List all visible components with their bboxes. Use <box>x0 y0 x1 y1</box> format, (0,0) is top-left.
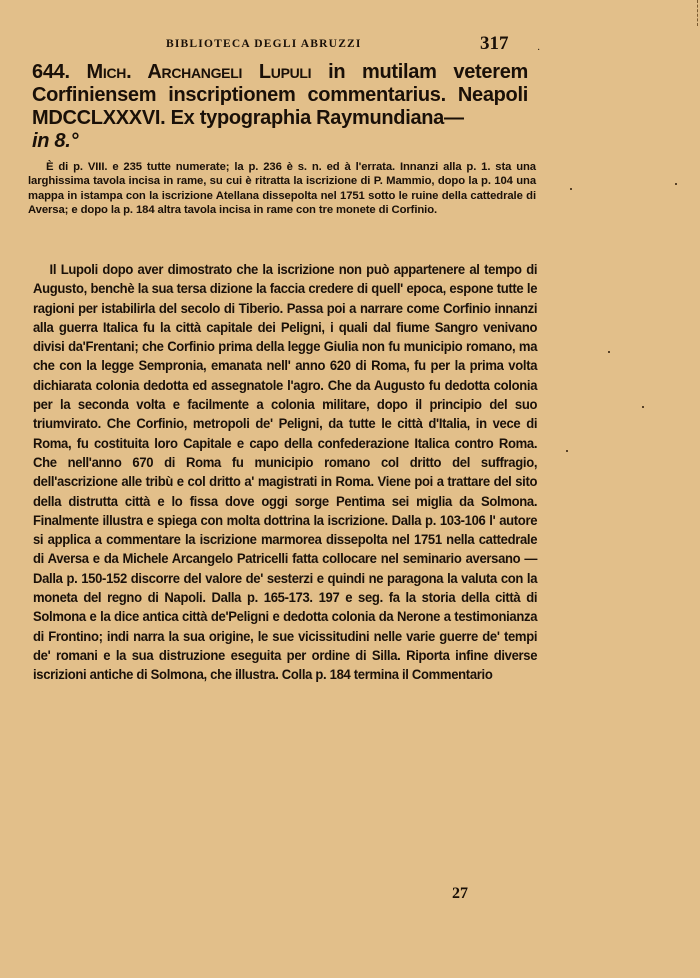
ink-speck <box>675 183 677 185</box>
body-paragraph: Il Lupoli dopo aver dimostrato che la is… <box>33 261 537 686</box>
bibliographic-note: È di p. VIII. e 235 tutte numerate; la p… <box>28 160 536 217</box>
running-title: Biblioteca degli Abruzzi <box>166 38 362 50</box>
running-head: Biblioteca degli Abruzzi 317 · <box>0 33 700 57</box>
ink-speck <box>642 406 644 408</box>
page-number: 317 <box>480 33 509 55</box>
ink-speck <box>608 351 610 353</box>
ink-speck <box>566 450 568 452</box>
entry-title: 644. Mich. Archangeli Lupuli in mutilam … <box>32 61 528 153</box>
entry-author: Mich. Archangeli Lupuli <box>87 61 312 83</box>
entry-number: 644. <box>32 61 70 83</box>
entry-format: in 8.° <box>32 130 528 153</box>
signature-mark: 27 <box>452 885 468 903</box>
page-edge-mark <box>696 0 698 26</box>
ink-speck: · <box>537 45 540 56</box>
ink-speck <box>570 188 572 190</box>
